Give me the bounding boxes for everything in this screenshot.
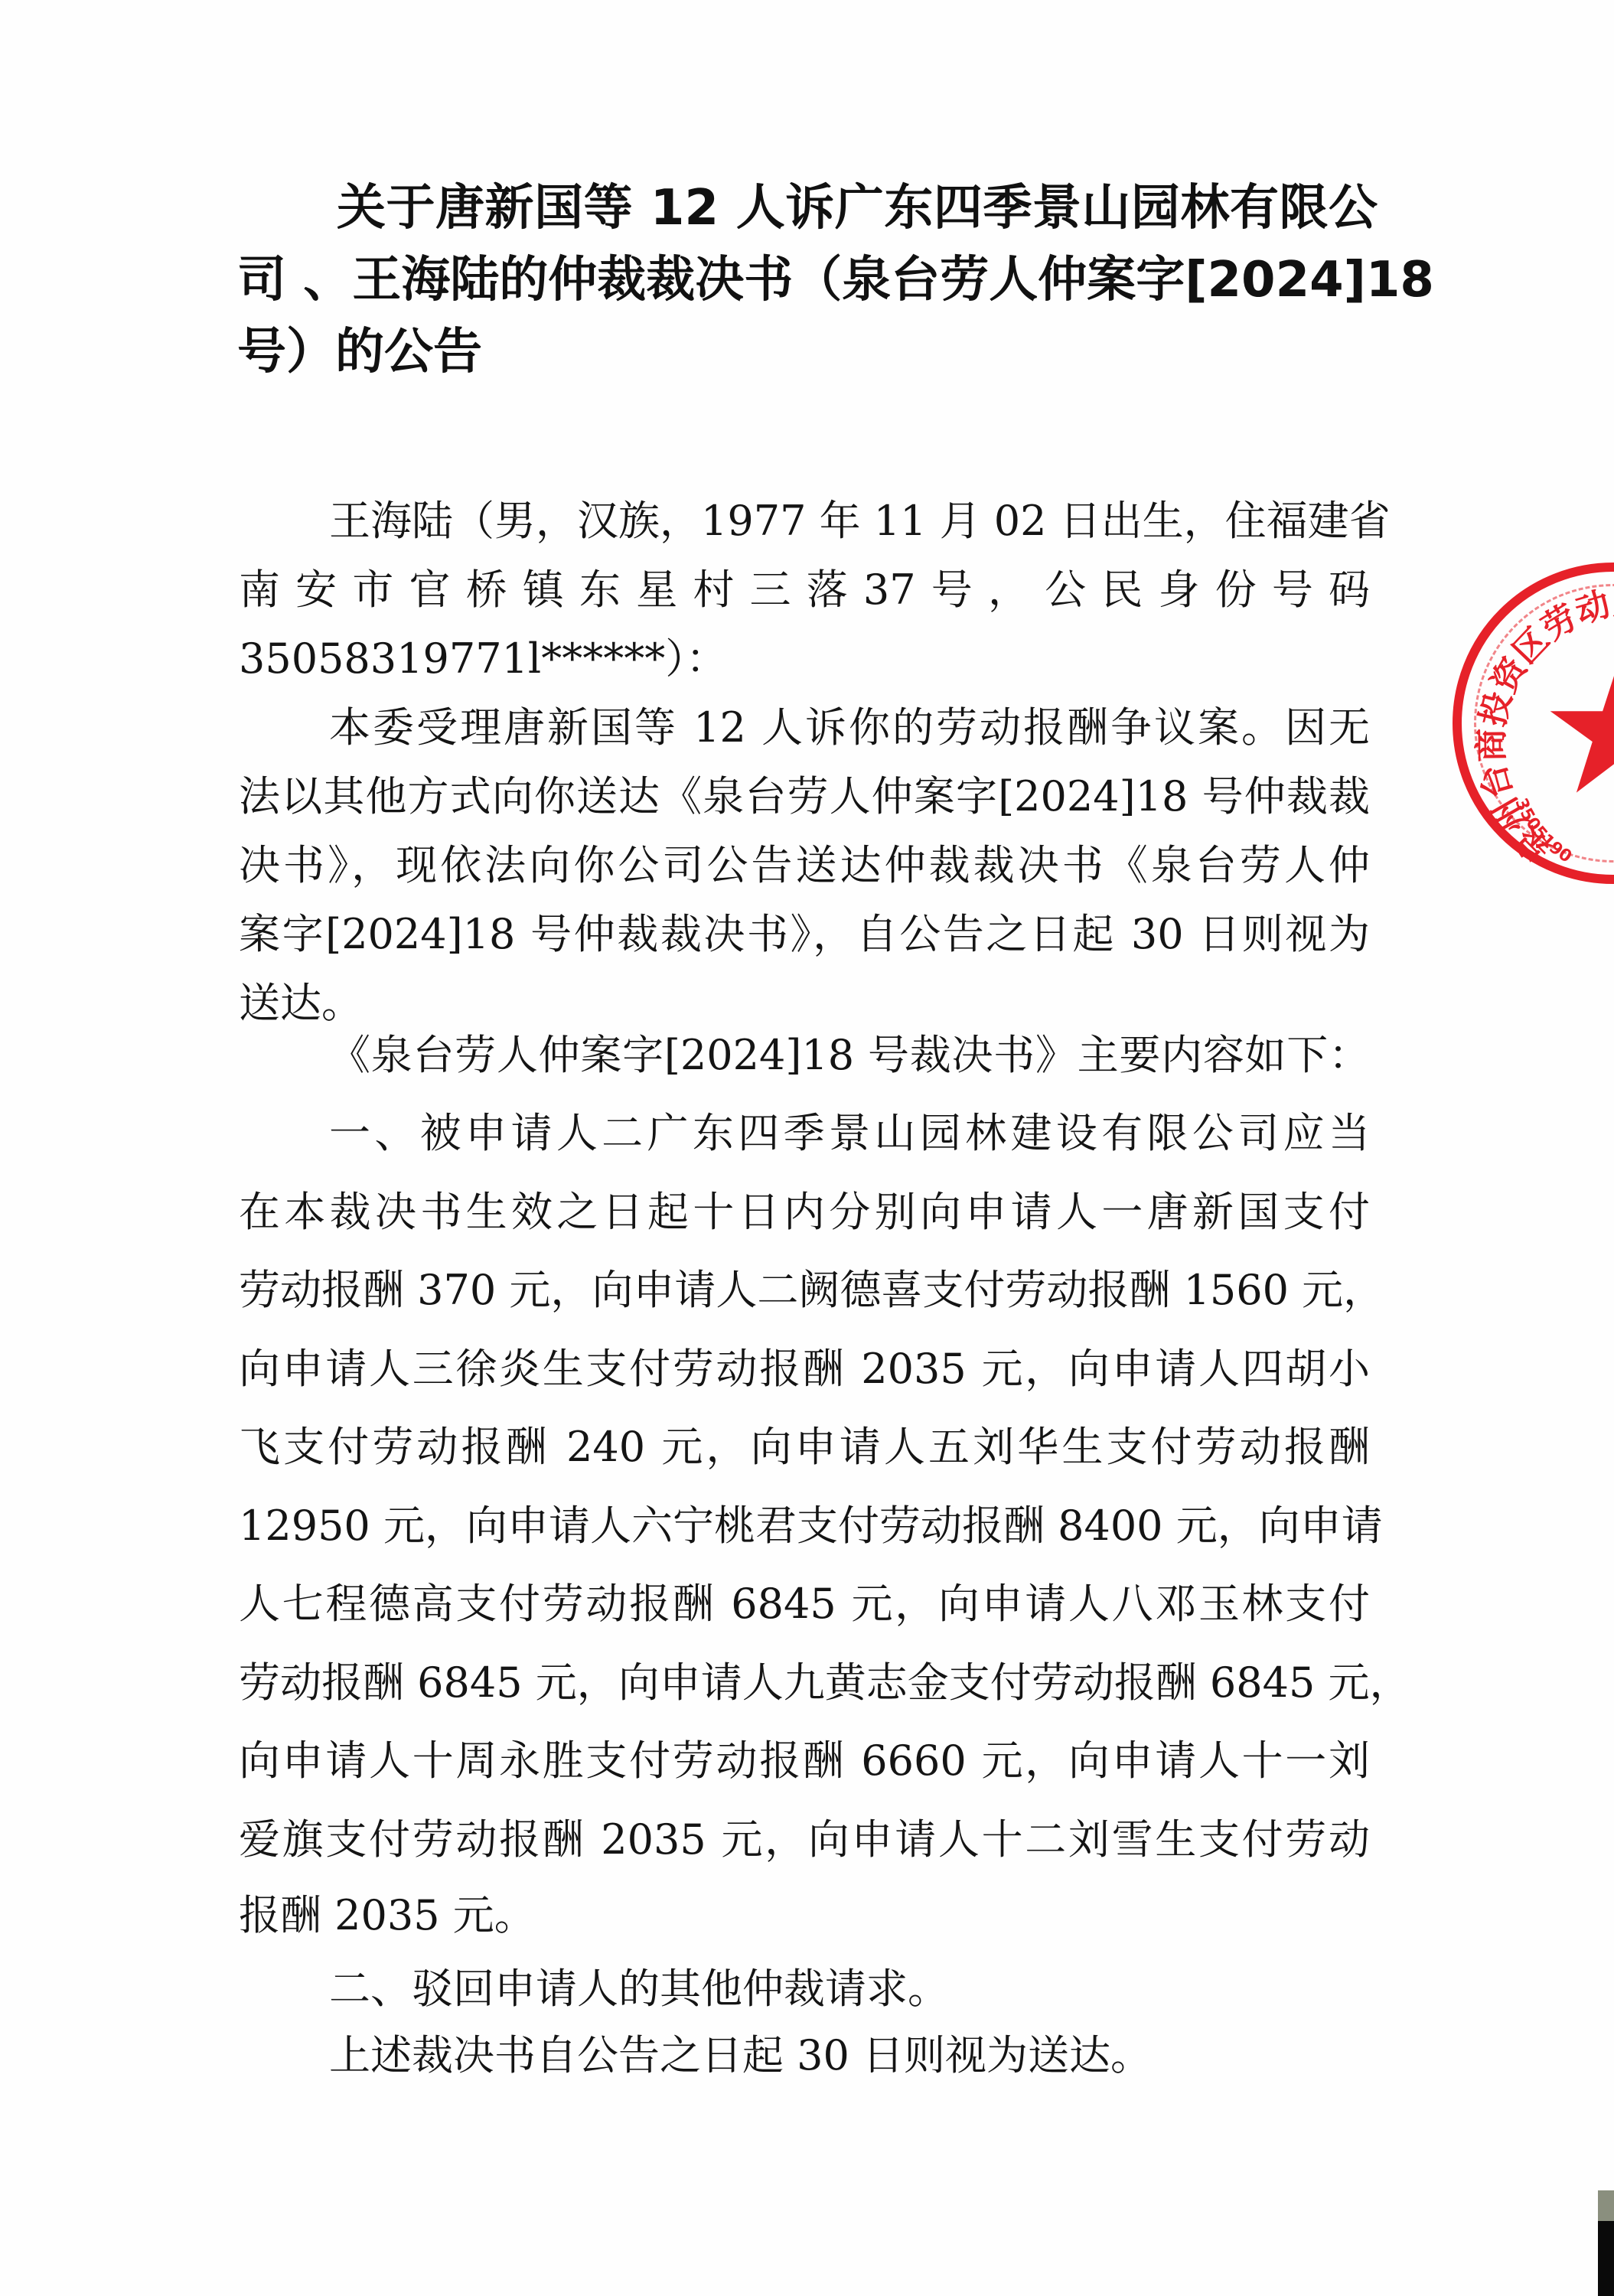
document-page: 关于唐新国等 12 人诉广东四季景山园林有限公 司 、王海陆的仲裁裁决书（泉台劳… bbox=[0, 0, 1614, 2296]
body-line: 南安市官桥镇东星村三落37号，公民身份号码 bbox=[239, 566, 1370, 614]
body-line: 王海陆（男，汉族，1977 年 11 月 02 日出生，住福建省 bbox=[329, 497, 1370, 545]
body-line: 在本裁决书生效之日起十日内分别向申请人一唐新国支付 bbox=[239, 1189, 1370, 1236]
notice-title-line-3: 号）的公告 bbox=[237, 325, 1378, 380]
body-line: 案字[2024]18 号仲裁裁决书》，自公告之日起 30 日则视为 bbox=[239, 911, 1370, 958]
body-line: 本委受理唐新国等 12 人诉你的劳动报酬争议案。因无 bbox=[329, 704, 1370, 752]
body-line: 法以其他方式向你送达《泉台劳人仲案字[2024]18 号仲裁裁 bbox=[239, 773, 1370, 820]
body-line: 12950 元，向申请人六宁桃君支付劳动报酬 8400 元，向申请 bbox=[239, 1502, 1370, 1550]
scan-edge-shadow bbox=[1598, 2190, 1614, 2296]
body-line: 劳动报酬 6845 元，向申请人九黄志金支付劳动报酬 6845 元， bbox=[239, 1659, 1370, 1707]
body-line: 二、驳回申请人的其他仲裁请求。 bbox=[329, 1965, 1370, 2013]
body-line: 报酬 2035 元。 bbox=[239, 1892, 1370, 1939]
body-line: 上述裁决书自公告之日起 30 日则视为送达。 bbox=[329, 2032, 1370, 2079]
body-line: 35058319771l******）： bbox=[239, 635, 1370, 683]
body-line: 送达。 bbox=[239, 980, 1370, 1027]
official-seal: 泉州台商投资区劳动人事争议仲裁委员会 3505190 bbox=[1453, 563, 1614, 884]
body-line: 劳动报酬 370 元，向申请人二阙德喜支付劳动报酬 1560 元， bbox=[239, 1267, 1370, 1314]
body-line: 决书》，现依法向你公司公告送达仲裁裁决书《泉台劳人仲 bbox=[239, 842, 1370, 889]
body-line: 向申请人十周永胜支付劳动报酬 6660 元，向申请人十一刘 bbox=[239, 1737, 1370, 1785]
body-line: 爱旗支付劳动报酬 2035 元，向申请人十二刘雪生支付劳动 bbox=[239, 1816, 1370, 1864]
body-line: 《泉台劳人仲案字[2024]18 号裁决书》主要内容如下： bbox=[329, 1032, 1370, 1079]
notice-title-line-1: 关于唐新国等 12 人诉广东四季景山园林有限公 bbox=[337, 181, 1378, 236]
body-line: 向申请人三徐炎生支付劳动报酬 2035 元，向申请人四胡小 bbox=[239, 1345, 1370, 1393]
body-line: 一、被申请人二广东四季景山园林建设有限公司应当 bbox=[329, 1110, 1370, 1157]
body-line: 飞支付劳动报酬 240 元，向申请人五刘华生支付劳动报酬 bbox=[239, 1424, 1370, 1471]
notice-title-line-2: 司 、王海陆的仲裁裁决书（泉台劳人仲案字[2024]18 bbox=[237, 253, 1378, 308]
body-line: 人七程德高支付劳动报酬 6845 元，向申请人八邓玉林支付 bbox=[239, 1580, 1370, 1628]
star-icon bbox=[1546, 656, 1614, 801]
